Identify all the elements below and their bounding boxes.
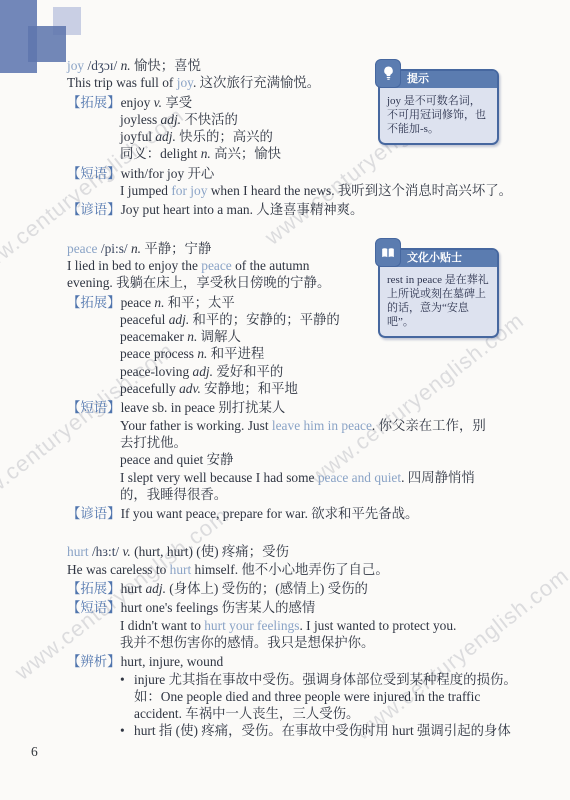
part-of-speech: v. — [154, 95, 162, 110]
entry-line: 如：One people died and three people were … — [67, 688, 527, 705]
entry-line: 的，我睡得很香。 — [67, 486, 527, 503]
text-run: . 这次旅行充满愉悦。 — [193, 75, 320, 90]
text-run: accident. 车祸中一人丧生，三人受伤。 — [134, 706, 359, 721]
part-of-speech: adj. — [169, 312, 189, 327]
text-run: peace and quiet 安静 — [120, 452, 233, 467]
text-run: peace process — [120, 346, 197, 361]
text-run: 和平进程 — [207, 346, 264, 361]
text-run: Your father is working. Just — [120, 418, 272, 433]
section-label: 【拓展】 — [67, 295, 121, 310]
part-of-speech: adj. — [145, 581, 165, 596]
section-label: 【短语】 — [67, 166, 121, 181]
text-run: I lied in bed to enjoy the — [67, 258, 201, 273]
part-of-speech: n. — [117, 58, 130, 73]
section-label: 【拓展】 — [67, 581, 121, 596]
part-of-speech: adj. — [161, 112, 181, 127]
text-run: . 你父亲在工作，别 — [372, 418, 486, 433]
text-run: 不快活的 — [181, 112, 238, 127]
highlighted-phrase: leave him in peace — [272, 418, 372, 433]
part-of-speech: n. — [154, 295, 164, 310]
text-run: 享受 — [162, 95, 192, 110]
text-run: hurt, injure, wound — [121, 654, 224, 669]
text-run: 高兴；愉快 — [211, 146, 281, 161]
highlighted-phrase: hurt — [170, 562, 192, 577]
text-run: 和平；太平 — [164, 295, 234, 310]
text-run: . 四周静悄悄 — [401, 470, 475, 485]
dictionary-entries: joy /dʒɔɪ/ n. 愉快；喜悦This trip was full of… — [67, 57, 527, 740]
text-run: with/for joy 开心 — [121, 166, 215, 181]
entry-line: 去打扰他。 — [67, 434, 527, 451]
text-run: 如：One people died and three people were … — [134, 689, 480, 704]
open-book-icon — [375, 238, 401, 267]
text-run: (hurt, hurt) (使) 疼痛；受伤 — [131, 544, 289, 559]
bullet-marker: • — [120, 722, 134, 739]
text-run: enjoy — [121, 95, 154, 110]
text-run: peacemaker — [120, 329, 187, 344]
text-run: 平静；宁静 — [141, 241, 211, 256]
entry-line: peace and quiet 安静 — [67, 451, 527, 468]
section-label: 【谚语】 — [67, 202, 121, 217]
entry-line: 【短语】leave sb. in peace 别打扰某人 — [67, 399, 527, 416]
text-run: 愉快；喜悦 — [131, 58, 201, 73]
part-of-speech: adj. — [193, 364, 213, 379]
book-page: { "page": { "number": "6", "watermark": … — [0, 0, 570, 800]
text-run: This trip was full of — [67, 75, 177, 90]
section-label: 【短语】 — [67, 600, 121, 615]
entry-line: 【短语】with/for joy 开心 — [67, 165, 527, 182]
text-run: peacefully — [120, 381, 179, 396]
section-label: 【辨析】 — [67, 654, 121, 669]
text-run: Joy put heart into a man. 人逢喜事精神爽。 — [121, 202, 364, 217]
entry-line: 【短语】hurt one's feelings 伤害某人的感情 — [67, 599, 527, 616]
entry-line: •injure 尤其指在事故中受伤。强调身体部位受到某种程度的损伤。 — [67, 671, 527, 688]
text-run: 同义：delight — [120, 146, 201, 161]
highlighted-phrase: peace — [201, 258, 231, 273]
text-run: hurt 指 (使) 疼痛，受伤。在事故中受伤时用 hurt 强调引起的身体 — [134, 723, 511, 738]
entry-line: peacefully adv. 安静地；和平地 — [67, 380, 527, 397]
entry-line: hurt /hɜ:t/ v. (hurt, hurt) (使) 疼痛；受伤 — [67, 543, 527, 560]
phonetic: /dʒɔɪ/ — [87, 58, 117, 73]
text-run: 我并不想伤害你的感情。我只是想保护你。 — [120, 635, 374, 650]
part-of-speech: n. — [197, 346, 207, 361]
entry-line: Your father is working. Just leave him i… — [67, 417, 527, 434]
text-run: hurt one's feelings 伤害某人的感情 — [121, 600, 316, 615]
section-label: 【谚语】 — [67, 506, 121, 521]
entry-line: He was careless to hurt himself. 他不小心地弄伤… — [67, 561, 527, 578]
culture-box-body: rest in peace 是在葬礼上所说或刻在墓碑上的话，意为“安息吧”。 — [380, 267, 497, 336]
culture-box: 文化小贴士 rest in peace 是在葬礼上所说或刻在墓碑上的话，意为“安… — [378, 248, 499, 338]
text-run: I didn't want to — [120, 618, 204, 633]
part-of-speech: v. — [119, 544, 131, 559]
text-run: 去打扰他。 — [120, 435, 187, 450]
text-run: injure 尤其指在事故中受伤。强调身体部位受到某种程度的损伤。 — [134, 672, 517, 687]
entry-line: accident. 车祸中一人丧生，三人受伤。 — [67, 705, 527, 722]
entry-line: 【谚语】Joy put heart into a man. 人逢喜事精神爽。 — [67, 201, 527, 218]
entry-line: 【谚语】If you want peace, prepare for war. … — [67, 505, 527, 522]
text-run: joyful — [120, 129, 155, 144]
text-run: 调解人 — [197, 329, 241, 344]
entry-line: 【辨析】hurt, injure, wound — [67, 653, 527, 670]
text-run: 安静地；和平地 — [201, 381, 298, 396]
text-run: peaceful — [120, 312, 169, 327]
text-run: 爱好和平的 — [213, 364, 283, 379]
text-run: joyless — [120, 112, 161, 127]
text-run: when I heard the news. 我听到这个消息时高兴坏了。 — [207, 183, 512, 198]
text-run: 和平的；安静的；平静的 — [189, 312, 340, 327]
text-run: I slept very well because I had some — [120, 470, 318, 485]
entry-line: 同义：delight n. 高兴；愉快 — [67, 145, 527, 162]
highlighted-phrase: hurt your feelings — [204, 618, 299, 633]
text-run: evening. 我躺在床上，享受秋日傍晚的宁静。 — [67, 275, 330, 290]
deco-square-mid — [28, 26, 66, 62]
entry-line: I didn't want to hurt your feelings. I j… — [67, 617, 527, 634]
page-number: 6 — [31, 744, 38, 760]
text-run: hurt — [121, 581, 146, 596]
text-run: (身体上) 受伤的；(感情上) 受伤的 — [166, 581, 368, 596]
phonetic: /pi:s/ — [101, 241, 128, 256]
entry-line: I slept very well because I had some pea… — [67, 469, 527, 486]
highlighted-phrase: peace and quiet — [318, 470, 401, 485]
text-run: He was careless to — [67, 562, 170, 577]
tip-box: 提示 joy 是不可数名词，不可用冠词修饰，也不能加-s。 — [378, 69, 499, 145]
phonetic: /hɜ:t/ — [92, 544, 119, 559]
entry-hurt: hurt /hɜ:t/ v. (hurt, hurt) (使) 疼痛；受伤He … — [67, 543, 527, 739]
highlighted-phrase: for joy — [171, 183, 207, 198]
headword: joy — [67, 58, 84, 73]
section-label: 【短语】 — [67, 400, 121, 415]
part-of-speech: adv. — [179, 381, 201, 396]
headword: peace — [67, 241, 97, 256]
part-of-speech: adj. — [155, 129, 175, 144]
text-run: leave sb. in peace 别打扰某人 — [121, 400, 286, 415]
text-run: peace — [121, 295, 155, 310]
part-of-speech: n. — [128, 241, 141, 256]
part-of-speech: n. — [187, 329, 197, 344]
text-run: I jumped — [120, 183, 171, 198]
text-run: 快乐的；高兴的 — [176, 129, 273, 144]
entry-line: peace-loving adj. 爱好和平的 — [67, 363, 527, 380]
text-run: peace-loving — [120, 364, 193, 379]
lightbulb-icon — [375, 59, 401, 88]
bullet-marker: • — [120, 671, 134, 688]
section-label: 【拓展】 — [67, 95, 121, 110]
entry-line: 【拓展】hurt adj. (身体上) 受伤的；(感情上) 受伤的 — [67, 580, 527, 597]
text-run: 的，我睡得很香。 — [120, 487, 227, 502]
text-run: of the autumn — [232, 258, 310, 273]
entry-line: 我并不想伤害你的感情。我只是想保护你。 — [67, 634, 527, 651]
text-run: himself. 他不小心地弄伤了自己。 — [191, 562, 389, 577]
text-run: If you want peace, prepare for war. 欲求和平… — [121, 506, 419, 521]
text-run: . I just wanted to protect you. — [299, 618, 456, 633]
entry-line: I jumped for joy when I heard the news. … — [67, 182, 527, 199]
part-of-speech: n. — [201, 146, 211, 161]
highlighted-phrase: joy — [177, 75, 193, 90]
tip-box-body: joy 是不可数名词，不可用冠词修饰，也不能加-s。 — [380, 88, 497, 143]
entry-line: •hurt 指 (使) 疼痛，受伤。在事故中受伤时用 hurt 强调引起的身体 — [67, 722, 527, 739]
headword: hurt — [67, 544, 89, 559]
entry-line: peace process n. 和平进程 — [67, 345, 527, 362]
